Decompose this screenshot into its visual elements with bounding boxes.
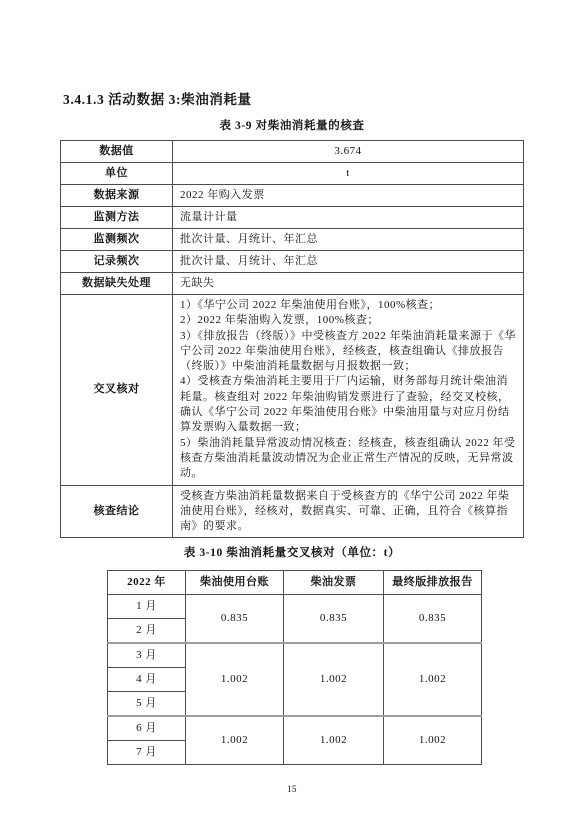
value-cell: 1.002 [384,643,482,716]
table-3-9-caption: 表 3-9 对柴油消耗量的核查 [0,117,584,133]
value-cell: 1.002 [284,643,384,716]
table-row-month: 1 月 0.835 0.835 0.835 [108,595,482,619]
row-label: 监测方法 [61,207,173,229]
row-label: 单位 [61,163,173,185]
column-header-report: 最终版排放报告 [384,571,482,595]
table-row-month: 3 月 1.002 1.002 1.002 [108,643,482,668]
table-3-10-cross-check-table: 2022 年 柴油使用台账 柴油发票 最终版排放报告 1 月 0.835 0.8… [107,570,482,765]
value-cell: 0.835 [186,595,284,644]
table-row-conclusion: 核查结论 受核查方柴油消耗量数据来自于受核查方的《华宁公司 2022 年柴油使用… [61,485,524,538]
row-label: 数据来源 [61,185,173,207]
row-label: 数据值 [61,141,173,163]
row-value: 3.674 [173,141,524,163]
table-row: 数据缺失处理 无缺失 [61,273,524,295]
row-label: 数据缺失处理 [61,273,173,295]
row-label: 核查结论 [61,485,173,538]
document-page: 3.4.1.3 活动数据 3:柴油消耗量 表 3-9 对柴油消耗量的核查 数据值… [0,0,584,828]
row-value: 批次计量、月统计、年汇总 [173,229,524,251]
month-cell: 4 月 [108,668,186,692]
month-cell: 1 月 [108,595,186,619]
month-cell: 3 月 [108,643,186,668]
value-cell: 1.002 [384,716,482,765]
table-row-month: 6 月 1.002 1.002 1.002 [108,716,482,741]
month-cell: 6 月 [108,716,186,741]
row-value: t [173,163,524,185]
row-value: 流量计计量 [173,207,524,229]
row-label: 交叉核对 [61,295,173,486]
table-row: 数据值 3.674 [61,141,524,163]
month-cell: 5 月 [108,692,186,717]
month-cell: 7 月 [108,741,186,765]
row-label: 监测频次 [61,229,173,251]
column-header-year: 2022 年 [108,571,186,595]
value-cell: 0.835 [384,595,482,644]
value-cell: 1.002 [284,716,384,765]
row-value: 受核查方柴油消耗量数据来自于受核查方的《华宁公司 2022 年柴油使用台账》，经… [173,485,524,538]
section-heading: 3.4.1.3 活动数据 3:柴油消耗量 [63,88,252,108]
value-cell: 1.002 [186,716,284,765]
table-row: 监测频次 批次计量、月统计、年汇总 [61,229,524,251]
page-number: 15 [0,784,584,794]
row-value: 2022 年购入发票 [173,185,524,207]
table-row-cross-check: 交叉核对 1）《华宁公司 2022 年柴油使用台账》，100%核查； 2）202… [61,295,524,486]
column-header-invoice: 柴油发票 [284,571,384,595]
row-value: 无缺失 [173,273,524,295]
row-label: 记录频次 [61,251,173,273]
value-cell: 0.835 [284,595,384,644]
table-3-10-caption: 表 3-10 柴油消耗量交叉核对（单位：t） [0,544,584,560]
table-header-row: 2022 年 柴油使用台账 柴油发票 最终版排放报告 [108,571,482,595]
row-value: 批次计量、月统计、年汇总 [173,251,524,273]
month-cell: 2 月 [108,619,186,644]
column-header-ledger: 柴油使用台账 [186,571,284,595]
row-value: 1）《华宁公司 2022 年柴油使用台账》，100%核查； 2）2022 年柴油… [173,295,524,486]
table-row: 监测方法 流量计计量 [61,207,524,229]
value-cell: 1.002 [186,643,284,716]
table-row: 数据来源 2022 年购入发票 [61,185,524,207]
table-row: 单位 t [61,163,524,185]
table-3-9-verification-table: 数据值 3.674 单位 t 数据来源 2022 年购入发票 监测方法 流量计计… [60,140,524,538]
table-row: 记录频次 批次计量、月统计、年汇总 [61,251,524,273]
